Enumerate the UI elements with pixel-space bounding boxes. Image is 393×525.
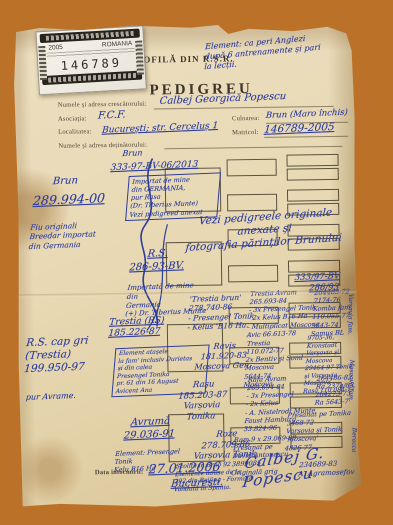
- handwritten-note: Brun: [52, 175, 78, 189]
- locality-label: Localitatea:: [58, 128, 92, 135]
- handwritten-note: 289.994-00: [32, 190, 105, 209]
- pedigree-paper: ASOCIAȚIA CHINOFILĂ DIN R.S.R. PEDIGREU …: [13, 22, 362, 509]
- pedigree-grandparent-box: [227, 194, 277, 212]
- pedigree-ggp-box: [287, 168, 339, 181]
- matricol-value: 146789-2005: [263, 121, 335, 137]
- handwritten-margin-note: Moscova fam.: [347, 360, 354, 402]
- city-value: București.: [170, 477, 223, 492]
- pedigree-grandparent-box: [227, 159, 277, 177]
- locality-value: București; str. Cerceluș 1: [101, 121, 218, 137]
- breeder-label: Numele și adresa crescătorului:: [58, 101, 147, 109]
- handwritten-margin-note: Varșovia fam.: [346, 294, 353, 335]
- color-label: Culoarea:: [232, 115, 260, 122]
- association-value: F.C.F.: [97, 109, 126, 123]
- handwritten-note: Trestia (RS) 185.226-87: [108, 316, 165, 341]
- owner-line: [164, 146, 342, 149]
- date-value: 27.01.2006: [148, 459, 221, 478]
- handwritten-note: Rașu 185.203-87 Varșovia Tonika: [176, 379, 228, 424]
- pedigree-grandparent-box: [228, 265, 278, 283]
- matricol-label: Matricol:: [232, 129, 258, 136]
- handwritten-note: pur Avrame.: [25, 391, 76, 403]
- color-value: Brun (Maro închis): [265, 108, 348, 122]
- handwritten-note: Importat de mine din GERMANIA, pur Rasa …: [125, 172, 221, 220]
- registration-stamp: 2005 ROMANIA 146789: [35, 25, 146, 95]
- pedigree-ggp-box: [287, 189, 339, 202]
- handwritten-note: Brun: [122, 148, 143, 159]
- stamp-right-ornament: [135, 40, 144, 74]
- stamp-year: 2005: [48, 44, 63, 52]
- handwritten-note: Avrumă 29.036-91: [123, 415, 176, 442]
- date-label: Data întocmirii:: [95, 469, 144, 477]
- handwritten-note: 'Trestia brun' 278.740-86 - Presengel To…: [187, 292, 256, 332]
- handwritten-note: Element: ca peri Anglezi după 6 antrenam…: [204, 31, 336, 72]
- handwritten-note: R.S. cap gri (Trestia) 199.950-97: [24, 335, 89, 377]
- photo-of-pedigree-document: ASOCIAȚIA CHINOFILĂ DIN R.S.R. PEDIGREU …: [0, 0, 393, 525]
- association-label: Asociația:: [58, 115, 87, 122]
- pedigree-ggp-box: [286, 154, 338, 167]
- handwritten-note: Fiu originali Breedar importat din Germa…: [28, 220, 97, 251]
